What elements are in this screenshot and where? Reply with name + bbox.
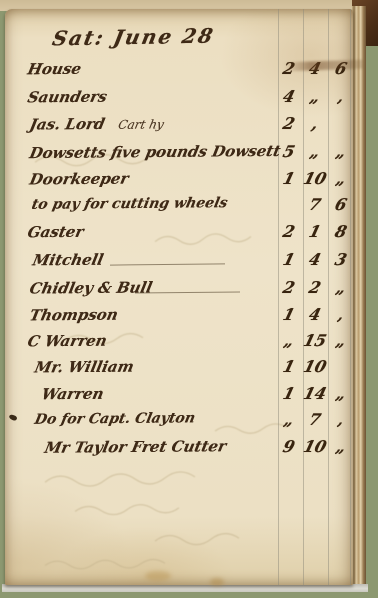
ledger-row: Dowsetts five pounds Dowsett 5 „ „ [5,141,353,168]
amount-pounds: „ [275,410,304,429]
ledger-row: Do for Capt. Clayton „ 7 ‚ [5,409,353,436]
ledger-row: Saunders 4 „ ‚ [5,86,353,113]
page-edge-stack [352,6,366,586]
ledger-row: Mr Taylor Fret Cutter 9 10 „ [5,436,353,463]
entry-name: Mr Taylor Fret Cutter [43,437,228,457]
ledger-row: Jas. LordCart hy 2 , [5,113,353,140]
amount-shillings: 4 [301,250,330,269]
amount-shillings: 10 [301,437,330,456]
amount-pounds: 2 [275,114,304,133]
photo-backdrop: { "page": { "date_heading": "Sat: June 2… [0,0,378,598]
ledger-page: Sat: June 28 House 2 4 6 Saunders 4 „ ‚ … [5,9,353,585]
amount-pounds: 1 [275,357,304,376]
ledger-row: Doorkeeper 1 10 „ [5,168,353,195]
entry-name: House [26,60,83,78]
entry-name: to pay for cutting wheels [30,195,229,213]
amount-pence: 8 [327,222,356,241]
amount-shillings: 14 [301,384,330,403]
paper-stain [145,571,171,581]
amount-shillings: „ [301,87,330,106]
entry-suffix: Dowsett [211,142,283,161]
amount-pence: „ [327,278,356,297]
entry-name: Mr. William [33,358,135,377]
bottom-shelf-edge [2,584,368,592]
amount-pounds: „ [275,331,304,350]
ink-dash [135,291,240,293]
entry-name: Do for Capt. Clayton [33,410,196,427]
entry-name: Mitchell [31,251,105,270]
ledger-row: Gaster 2 1 8 [5,221,353,248]
ledger-row: Mitchell 1 4 3 [5,249,353,276]
amount-shillings: 7 [301,195,330,214]
amount-pence: ‚ [327,410,356,429]
amount-pence: „ [327,384,356,403]
ledger-row: to pay for cutting wheels 7 6 [5,194,353,221]
amount-pounds: 1 [275,305,304,324]
amount-pence: „ [327,142,356,161]
amount-shillings: 10 [301,357,330,376]
ledger-row: C Warren „ 15 „ [5,330,353,357]
amount-shillings: 7 [301,410,330,429]
ledger-date: Sat: June 28 [50,24,216,51]
amount-pence: 3 [327,250,356,269]
ledger-row: Warren 1 14 „ [5,383,353,410]
amount-pence: ‚ [327,87,356,106]
amount-shillings: 4 [301,305,330,324]
entry-name: Warren [40,385,105,404]
ledger-row: Mr. William 1 10 [5,356,353,383]
entry-note: Cart hy [117,117,165,131]
paper-stain [210,578,224,586]
entry-name: Chidley & Bull [28,278,154,297]
amount-pence: ‚ [327,305,356,324]
amount-shillings: 15 [301,331,330,350]
amount-pence: „ [327,331,356,350]
amount-pounds: 1 [275,384,304,403]
amount-pounds: 5 [275,142,304,161]
amount-pounds: 1 [275,250,304,269]
entry-name: Saunders [26,88,109,107]
amount-pounds: 2 [275,222,304,241]
amount-shillings: 10 [301,169,330,188]
amount-pence: „ [327,169,356,188]
entry-name: Gaster [26,223,85,241]
amount-shillings: 1 [301,222,330,241]
amount-pence: „ [327,437,356,456]
amount-shillings: 2 [301,278,330,297]
entry-name: Dowsetts five pounds Dowsett [28,142,282,162]
amount-shillings: „ [301,142,330,161]
amount-pounds: 4 [275,87,304,106]
ledger-row: Chidley & Bull 2 2 „ [5,277,353,304]
amount-pounds: 2 [275,278,304,297]
entry-name: C Warren [26,332,108,351]
amount-pence: 6 [327,195,356,214]
entry-name: Thompson [28,306,120,325]
entry-name: Doorkeeper [28,170,130,189]
amount-pounds: 1 [275,169,304,188]
ink-dash [110,263,225,265]
ledger-row: Thompson 1 4 ‚ [5,304,353,331]
amount-pounds: 9 [275,437,304,456]
amount-shillings: , [301,114,330,133]
entry-name: Jas. LordCart hy [28,114,166,133]
